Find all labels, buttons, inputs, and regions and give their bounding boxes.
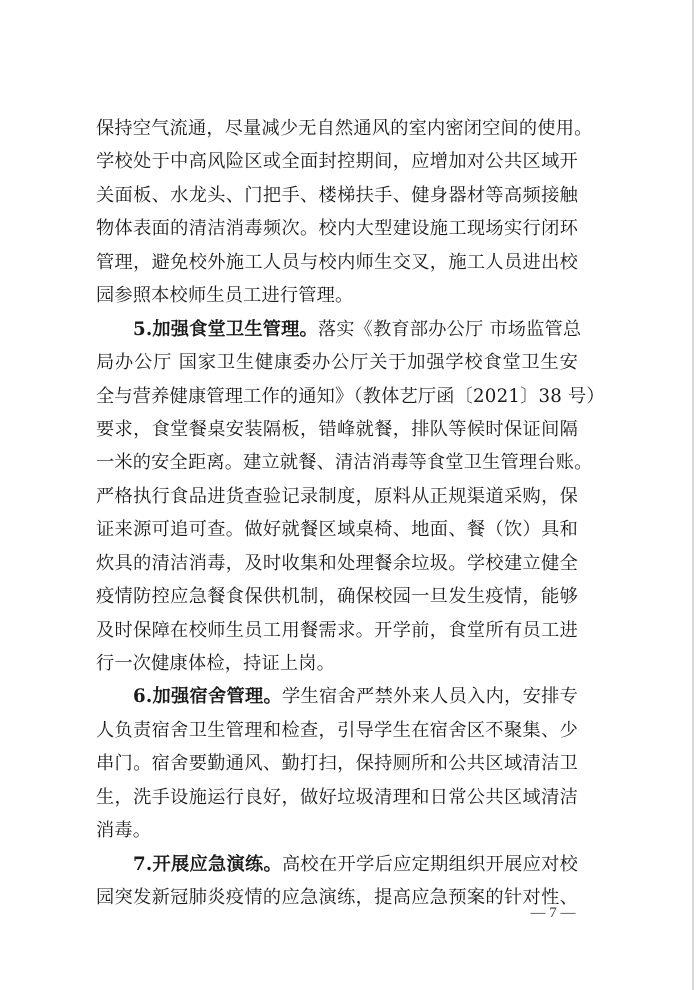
text-line: 保持空气流通，尽量减少无自然通风的室内密闭空间的使用。 <box>96 112 578 145</box>
text-line: 管理，避免校外施工人员与校内师生交叉，施工人员进出校 <box>96 246 578 279</box>
section-6-first-line: 6.加强宿舍管理。学生宿舍严禁外来人员入内，安排专 <box>96 680 578 713</box>
text-line: 园突发新冠肺炎疫情的应急演练，提高应急预案的针对性、 <box>96 881 578 914</box>
section-5-first-line: 5.加强食堂卫生管理。落实《教育部办公厅 市场监管总 <box>96 313 578 346</box>
text-line: 要求，食堂餐桌安装隔板，错峰就餐，排队等候时保证间隔 <box>96 413 578 446</box>
text-line: 园参照本校师生员工进行管理。 <box>96 279 578 312</box>
text-line: 严格执行食品进货查验记录制度，原料从正规渠道采购，保 <box>96 480 578 513</box>
section-heading-6: 6.加强宿舍管理。 <box>133 686 282 707</box>
text-line: 及时保障在校师生员工用餐需求。开学前，食堂所有员工进 <box>96 614 578 647</box>
text-span: 高校在开学后应定期组织开展应对校 <box>282 854 578 875</box>
document-body: 保持空气流通，尽量减少无自然通风的室内密闭空间的使用。 学校处于中高风险区或全面… <box>96 112 578 915</box>
text-line: 行一次健康体检，持证上岗。 <box>96 647 578 680</box>
page-number: — 7 — <box>527 905 579 922</box>
text-line: 炊具的清洁消毒，及时收集和处理餐余垃圾。学校建立健全 <box>96 547 578 580</box>
text-line: 关面板、水龙头、门把手、楼梯扶手、健身器材等高频接触 <box>96 179 578 212</box>
page-edge-border <box>692 0 694 990</box>
section-heading-7: 7.开展应急演练。 <box>133 854 282 875</box>
text-line: 一米的安全距离。建立就餐、清洁消毒等食堂卫生管理台账。 <box>96 446 578 479</box>
text-line: 串门。宿舍要勤通风、勤打扫，保持厕所和公共区域清洁卫 <box>96 747 578 780</box>
text-span: 学生宿舍严禁外来人员入内，安排专 <box>282 686 578 707</box>
text-line: 证来源可追可查。做好就餐区域桌椅、地面、餐（饮）具和 <box>96 513 578 546</box>
text-line: 全与营养健康管理工作的通知》（教体艺厅函〔2021〕38 号） <box>96 380 578 413</box>
text-line: 物体表面的清洁消毒频次。校内大型建设施工现场实行闭环 <box>96 212 578 245</box>
section-heading-5: 5.加强食堂卫生管理。 <box>133 319 318 340</box>
text-line: 局办公厅 国家卫生健康委办公厅关于加强学校食堂卫生安 <box>96 346 578 379</box>
text-line: 疫情防控应急餐食保供机制，确保校园一旦发生疫情，能够 <box>96 580 578 613</box>
text-line: 人负责宿舍卫生管理和检查，引导学生在宿舍区不聚集、少 <box>96 714 578 747</box>
text-span: 落实《教育部办公厅 市场监管总 <box>318 319 581 340</box>
section-7-first-line: 7.开展应急演练。高校在开学后应定期组织开展应对校 <box>96 848 578 881</box>
text-line: 消毒。 <box>96 814 578 847</box>
text-line: 学校处于中高风险区或全面封控期间，应增加对公共区域开 <box>96 145 578 178</box>
text-line: 生，洗手设施运行良好，做好垃圾清理和日常公共区域清洁 <box>96 781 578 814</box>
